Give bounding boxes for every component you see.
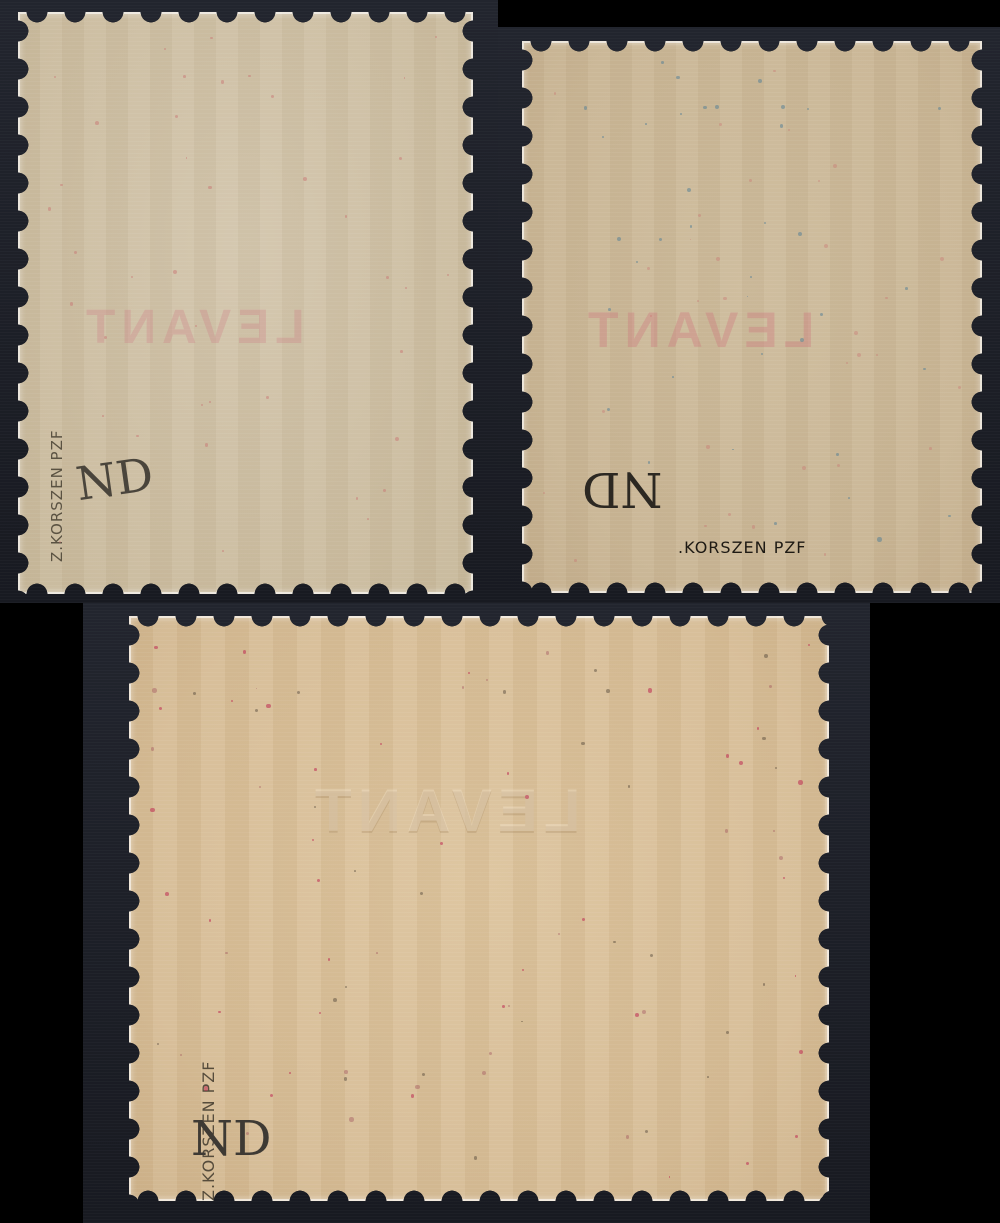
- ink-speck: [808, 644, 810, 646]
- ink-speck: [154, 646, 157, 649]
- ink-speck: [151, 747, 155, 751]
- ink-speck: [857, 353, 861, 357]
- ink-speck: [159, 707, 163, 711]
- ink-speck: [256, 688, 258, 690]
- ink-speck: [354, 870, 356, 872]
- ink-speck: [54, 76, 56, 78]
- ink-speck: [367, 518, 369, 520]
- ink-speck: [746, 1162, 749, 1165]
- ink-speck: [205, 443, 208, 446]
- stamp-back-3: LEVANT Z.KORSZEN PZF ND: [129, 616, 829, 1201]
- ink-speck: [769, 685, 772, 688]
- ink-speck: [270, 1094, 273, 1097]
- ink-speck: [648, 688, 652, 692]
- ink-speck: [846, 362, 848, 364]
- stamp-photo-1: LEVANT Z.KORSZEN PZF ND: [0, 0, 498, 603]
- ink-speck: [210, 37, 213, 40]
- ink-speck: [173, 270, 177, 274]
- ink-speck: [764, 222, 766, 224]
- ink-speck: [764, 654, 768, 658]
- ink-speck: [749, 179, 753, 183]
- ink-speck: [798, 780, 802, 784]
- stamp-paper: LEVANT .KORSZEN PZF ND: [522, 41, 982, 593]
- expert-mark: Z.KORSZEN PZF: [48, 429, 66, 562]
- ink-speck: [150, 808, 154, 812]
- ink-speck: [175, 115, 178, 118]
- ink-speck: [758, 79, 762, 83]
- ink-speck: [225, 952, 228, 955]
- ink-speck: [807, 108, 810, 111]
- ink-speck: [522, 969, 524, 971]
- ink-speck: [462, 686, 464, 688]
- ink-speck: [747, 296, 749, 298]
- ink-speck: [725, 829, 729, 833]
- ink-speck: [243, 650, 246, 653]
- ink-speck: [314, 768, 317, 771]
- ink-speck: [650, 315, 652, 317]
- ink-speck: [715, 105, 719, 109]
- stamp-back-2: LEVANT .KORSZEN PZF ND: [522, 41, 982, 593]
- ink-speck: [628, 785, 631, 788]
- ink-speck: [763, 983, 765, 985]
- ink-speck: [877, 537, 881, 541]
- ink-speck: [650, 954, 653, 957]
- ink-speck: [201, 404, 203, 406]
- ink-speck: [728, 513, 731, 516]
- ink-speck: [788, 129, 790, 131]
- ink-speck: [312, 839, 314, 841]
- ink-speck: [687, 188, 691, 192]
- ink-speck: [854, 331, 858, 335]
- ink-speck: [818, 180, 820, 182]
- ink-speck: [266, 704, 270, 708]
- ink-speck: [183, 75, 186, 78]
- ink-speck: [661, 61, 664, 64]
- ink-speck: [218, 1011, 221, 1014]
- ink-speck: [204, 1086, 208, 1090]
- ink-speck: [848, 497, 850, 499]
- ink-speck: [781, 105, 785, 109]
- ink-speck: [482, 1071, 486, 1075]
- ink-speck: [574, 559, 577, 562]
- ink-speck: [800, 338, 804, 342]
- ink-speck: [164, 48, 166, 50]
- ink-speck: [672, 376, 674, 378]
- ink-speck: [356, 497, 358, 499]
- ink-speck: [468, 672, 470, 674]
- ink-speck: [554, 92, 556, 94]
- ink-speck: [820, 313, 823, 316]
- ink-speck: [726, 1031, 729, 1034]
- ink-speck: [607, 408, 610, 411]
- overprint-showthrough: LEVANT: [80, 300, 304, 355]
- ink-speck: [415, 1085, 419, 1089]
- expert-initials: ND: [191, 1111, 271, 1167]
- ink-speck: [521, 1021, 523, 1023]
- ink-speck: [328, 958, 331, 961]
- ink-speck: [779, 856, 783, 860]
- ink-speck: [400, 350, 403, 353]
- ink-speck: [698, 214, 701, 217]
- ink-speck: [345, 986, 347, 988]
- ink-speck: [221, 80, 224, 83]
- ink-speck: [608, 308, 611, 311]
- ink-speck: [74, 251, 77, 254]
- ink-speck: [502, 1005, 505, 1008]
- ink-speck: [750, 276, 752, 278]
- ink-speck: [333, 998, 337, 1002]
- ink-speck: [231, 700, 233, 702]
- ink-speck: [635, 1013, 639, 1017]
- ink-speck: [923, 368, 925, 370]
- ink-speck: [606, 689, 610, 693]
- ink-speck: [739, 761, 743, 765]
- ink-speck: [940, 257, 944, 261]
- ink-speck: [349, 1117, 353, 1121]
- ink-speck: [543, 492, 545, 494]
- overprint-showthrough: LEVANT: [582, 301, 814, 359]
- ink-speck: [783, 877, 785, 879]
- ink-speck: [131, 276, 133, 278]
- ink-speck: [757, 727, 760, 730]
- ink-speck: [719, 123, 722, 126]
- stamp-back-1: LEVANT Z.KORSZEN PZF ND: [18, 12, 473, 594]
- ink-speck: [248, 75, 251, 78]
- ink-speck: [775, 767, 777, 769]
- ink-speck: [399, 157, 402, 160]
- ink-speck: [489, 1052, 492, 1055]
- expert-initials: ND: [582, 461, 662, 517]
- ink-speck: [773, 70, 776, 73]
- ink-speck: [422, 1073, 425, 1076]
- ink-speck: [704, 525, 706, 527]
- ink-speck: [799, 1050, 803, 1054]
- expert-initials: ND: [73, 447, 157, 511]
- ink-speck: [726, 754, 729, 757]
- ink-speck: [136, 435, 138, 437]
- ink-speck: [380, 743, 382, 745]
- ink-speck: [795, 975, 797, 977]
- ink-speck: [222, 550, 224, 552]
- ink-speck: [833, 164, 837, 168]
- ink-speck: [762, 737, 766, 741]
- stamp-paper: LEVANT Z.KORSZEN PZF ND: [129, 616, 829, 1201]
- ink-speck: [676, 76, 680, 80]
- ink-speck: [440, 842, 443, 845]
- ink-speck: [60, 184, 63, 187]
- ink-speck: [647, 267, 650, 270]
- stamp-photo-3: LEVANT Z.KORSZEN PZF ND: [83, 603, 870, 1223]
- ink-speck: [152, 688, 156, 692]
- ink-speck: [546, 651, 550, 655]
- ink-speck: [271, 95, 274, 98]
- ink-speck: [690, 239, 692, 241]
- ink-speck: [645, 123, 647, 125]
- ink-speck: [680, 113, 682, 115]
- ink-speck: [958, 386, 961, 389]
- ink-speck: [802, 466, 806, 470]
- ink-speck: [716, 257, 720, 261]
- ink-speck: [773, 830, 775, 832]
- ink-speck: [193, 692, 196, 695]
- ink-speck: [645, 1130, 648, 1133]
- ink-speck: [255, 709, 259, 713]
- ink-speck: [209, 401, 211, 403]
- ink-speck: [405, 287, 407, 289]
- ink-speck: [447, 274, 449, 276]
- ink-speck: [70, 302, 73, 305]
- ink-speck: [259, 786, 261, 788]
- ink-speck: [837, 464, 840, 467]
- ink-speck: [376, 952, 378, 954]
- ink-speck: [558, 933, 560, 935]
- ink-speck: [345, 215, 348, 218]
- stamp-paper: LEVANT Z.KORSZEN PZF ND: [18, 12, 473, 594]
- ink-speck: [383, 489, 386, 492]
- expert-mark: .KORSZEN PZF: [678, 538, 807, 557]
- ink-speck: [602, 410, 605, 413]
- ink-speck: [642, 1010, 646, 1014]
- ink-speck: [289, 1072, 291, 1074]
- ink-speck: [613, 941, 616, 944]
- ink-speck: [411, 1094, 414, 1097]
- ink-speck: [474, 1156, 478, 1160]
- ink-speck: [824, 553, 827, 556]
- ink-speck: [266, 396, 269, 399]
- ink-speck: [59, 541, 61, 543]
- ink-speck: [798, 232, 802, 236]
- ink-speck: [344, 1077, 347, 1080]
- ink-speck: [690, 225, 692, 227]
- ink-speck: [209, 919, 212, 922]
- ink-speck: [795, 1135, 798, 1138]
- ink-speck: [617, 237, 621, 241]
- ink-speck: [508, 1005, 510, 1007]
- ink-speck: [317, 879, 320, 882]
- ink-speck: [165, 892, 169, 896]
- ink-speck: [95, 121, 99, 125]
- ink-speck: [929, 447, 932, 450]
- ink-speck: [157, 1043, 159, 1045]
- ink-speck: [774, 522, 777, 525]
- ink-speck: [707, 1076, 709, 1078]
- ink-speck: [905, 287, 908, 290]
- ink-speck: [938, 107, 941, 110]
- ink-speck: [732, 449, 734, 451]
- ink-speck: [636, 261, 639, 264]
- ink-speck: [626, 1135, 630, 1139]
- ink-speck: [102, 415, 104, 417]
- ink-speck: [659, 238, 662, 241]
- overprint-showthrough: LEVANT: [309, 776, 581, 845]
- ink-speck: [948, 515, 951, 518]
- ink-speck: [486, 679, 488, 681]
- ink-speck: [420, 892, 423, 895]
- ink-speck: [723, 297, 726, 300]
- ink-speck: [602, 136, 604, 138]
- stamp-photo-2: LEVANT .KORSZEN PZF ND: [498, 27, 1000, 603]
- ink-speck: [186, 157, 188, 159]
- ink-speck: [706, 445, 709, 448]
- ink-speck: [752, 525, 755, 528]
- ink-speck: [581, 742, 584, 745]
- ink-speck: [297, 691, 300, 694]
- ink-speck: [703, 106, 706, 109]
- ink-speck: [395, 437, 399, 441]
- ink-speck: [876, 354, 878, 356]
- ink-speck: [344, 1070, 348, 1074]
- ink-speck: [836, 453, 839, 456]
- ink-speck: [697, 300, 699, 302]
- ink-speck: [824, 244, 828, 248]
- ink-speck: [503, 690, 507, 694]
- ink-speck: [319, 1012, 321, 1014]
- ink-speck: [404, 77, 406, 79]
- ink-speck: [780, 124, 783, 127]
- ink-speck: [507, 772, 510, 775]
- ink-speck: [48, 207, 51, 210]
- ink-speck: [435, 36, 437, 38]
- ink-speck: [669, 1176, 671, 1178]
- ink-speck: [303, 177, 307, 181]
- ink-speck: [582, 918, 585, 921]
- ink-speck: [584, 106, 587, 109]
- ink-speck: [208, 186, 211, 189]
- ink-speck: [885, 297, 887, 299]
- ink-speck: [594, 669, 598, 673]
- ink-speck: [386, 276, 389, 279]
- ink-speck: [180, 1054, 182, 1056]
